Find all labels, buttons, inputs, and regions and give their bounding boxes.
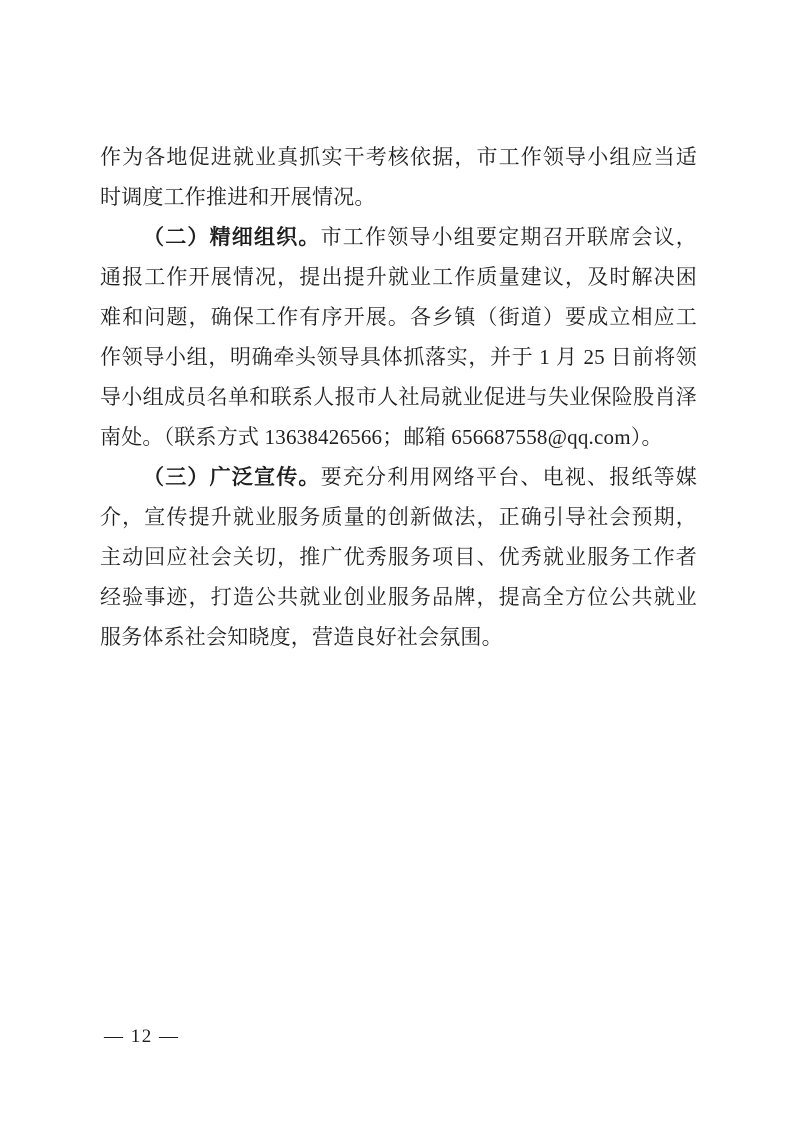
- text-line: 导小组成员名单和联系人报市人社局就业促进与失业保险股肖泽: [100, 377, 697, 417]
- text-line: 通报工作开展情况，提出提升就业工作质量建议，及时解决困: [100, 257, 697, 297]
- paragraph-continuation: 作为各地促进就业真抓实干考核依据，市工作领导小组应当适 时调度工作推进和开展情况…: [100, 137, 697, 217]
- text-line: 时调度工作推进和开展情况。: [100, 177, 697, 217]
- text-line: （二）精细组织。市工作领导小组要定期召开联席会议，: [100, 217, 697, 257]
- text-run: 要充分利用网络平台、电视、报纸等媒: [321, 465, 697, 489]
- document-body: 作为各地促进就业真抓实干考核依据，市工作领导小组应当适 时调度工作推进和开展情况…: [100, 137, 697, 657]
- paragraph-section-3: （三）广泛宣传。要充分利用网络平台、电视、报纸等媒 介，宣传提升就业服务质量的创…: [100, 457, 697, 657]
- page-footer: — 12 —: [104, 1024, 180, 1050]
- paragraph-section-2: （二）精细组织。市工作领导小组要定期召开联席会议， 通报工作开展情况，提出提升就…: [100, 217, 697, 457]
- text-run: 市工作领导小组要定期召开联席会议，: [321, 225, 697, 249]
- text-line: 经验事迹，打造公共就业创业服务品牌，提高全方位公共就业: [100, 577, 697, 617]
- text-line: 服务体系社会知晓度，营造良好社会氛围。: [100, 617, 697, 657]
- text-line: 作领导小组，明确牵头领导具体抓落实，并于 1 月 25 日前将领: [100, 337, 697, 377]
- text-line-contact-info: 南处。（联系方式 13638426566；邮箱 656687558@qq.com…: [100, 417, 697, 457]
- page-number: — 12 —: [104, 1026, 180, 1047]
- text-line: 介，宣传提升就业服务质量的创新做法，正确引导社会预期，: [100, 497, 697, 537]
- section-heading-bold: （三）广泛宣传。: [143, 465, 321, 489]
- text-line: （三）广泛宣传。要充分利用网络平台、电视、报纸等媒: [100, 457, 697, 497]
- text-line: 主动回应社会关切，推广优秀服务项目、优秀就业服务工作者: [100, 537, 697, 577]
- text-line: 难和问题，确保工作有序开展。各乡镇（街道）要成立相应工: [100, 297, 697, 337]
- section-heading-bold: （二）精细组织。: [143, 225, 321, 249]
- document-page: 作为各地促进就业真抓实干考核依据，市工作领导小组应当适 时调度工作推进和开展情况…: [0, 0, 793, 1122]
- text-line: 作为各地促进就业真抓实干考核依据，市工作领导小组应当适: [100, 137, 697, 177]
